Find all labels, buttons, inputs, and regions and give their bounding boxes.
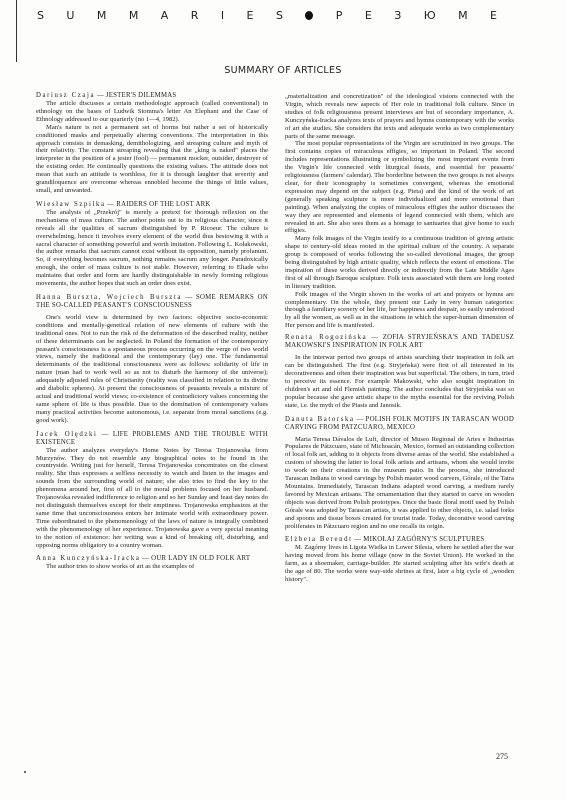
running-head-letter: U xyxy=(66,9,74,22)
article-title: — OUR LADY IN OLD FOLK ART xyxy=(142,555,250,562)
article-title: — MIKOŁAJ ZAGÓRNY'S SCULPTURES xyxy=(354,536,484,543)
running-head-letter: I xyxy=(221,9,224,22)
article-title: — RAIDERS OF THE LOST ARK xyxy=(107,201,210,208)
running-head: S U M M A R I E S P E З Ю M E xyxy=(37,9,497,22)
article-heading: Hanna Burszta, Wojciech Burszta — SOME R… xyxy=(36,294,268,310)
article-oledzki: Jacek Olędzki — LIFE PROBLEMS AND THE TR… xyxy=(36,431,268,550)
article-heading: Anna Kunczyńska-Iracka — OUR LADY IN OLD… xyxy=(36,555,268,563)
article-author: Wiesław Szpilka xyxy=(36,201,106,208)
article-paragraph: The author tries to show works of art as… xyxy=(36,563,268,571)
running-head-letter: E xyxy=(247,9,254,22)
page-title: SUMMARY OF ARTICLES xyxy=(0,65,566,76)
article-heading: Dariusz Czaja — JESTER'S DILEMMAS xyxy=(36,92,268,100)
running-head-letter: E xyxy=(365,9,372,22)
article-author: Jacek Olędzki xyxy=(36,431,97,438)
article-author: Renata Rogozińska xyxy=(285,334,367,341)
scan-speck xyxy=(24,771,26,773)
continued-paragraph: The most popular representations of the … xyxy=(285,140,514,235)
article-author: Dariusz Czaja xyxy=(36,92,95,99)
article-rogozinska: Renata Rogozińska — ZOFIA STRYJEŃSKA'S A… xyxy=(285,334,514,409)
running-head-letter: E xyxy=(490,9,497,22)
article-heading: Jacek Olędzki — LIFE PROBLEMS AND THE TR… xyxy=(36,431,268,447)
article-author: Danuta Batorska xyxy=(285,416,355,423)
continued-paragraph: „materialization and concretization" of … xyxy=(285,93,514,140)
article-author: Anna Kunczyńska-Iracka xyxy=(36,555,140,562)
article-paragraph: The author analyzes everyday's Home Note… xyxy=(36,447,268,550)
article-szpilka: Wiesław Szpilka — RAIDERS OF THE LOST AR… xyxy=(36,201,268,288)
article-paragraph: One's world view is determined by two fa… xyxy=(36,314,268,425)
article-heading: Wiesław Szpilka — RAIDERS OF THE LOST AR… xyxy=(36,201,268,209)
article-heading: Renata Rogozińska — ZOFIA STRYJEŃSKA'S A… xyxy=(285,334,514,350)
article-paragraph: The article discusses a certain methodol… xyxy=(36,100,268,124)
running-head-letter: P xyxy=(336,9,343,22)
article-heading: Danuta Batorska — POLISH FOLK MOTIFS IN … xyxy=(285,416,514,432)
running-head-letter: S xyxy=(276,9,283,22)
running-head-letter: Ю xyxy=(424,9,436,22)
running-head-letter: M xyxy=(458,9,468,22)
article-kunczynska: Anna Kunczyńska-Iracka — OUR LADY IN OLD… xyxy=(36,555,268,571)
bullet-icon xyxy=(305,11,313,20)
article-batorska: Danuta Batorska — POLISH FOLK MOTIFS IN … xyxy=(285,416,514,531)
article-paragraph: Man's nature is not a permanent set of h… xyxy=(36,124,268,195)
right-column: „materialization and concretization" of … xyxy=(285,93,514,586)
running-head-letter: З xyxy=(394,9,401,22)
article-author: Hanna Burszta, Wojciech Burszta xyxy=(36,294,182,301)
article-paragraph: In the interwar period two groups of art… xyxy=(285,354,514,409)
scan-edge-line xyxy=(16,0,17,62)
article-title: — JESTER'S DILEMMAS xyxy=(97,92,177,99)
article-heading: Elżbeta Berendt — MIKOŁAJ ZAGÓRNY'S SCUL… xyxy=(285,536,514,544)
continued-paragraph: Many folk images of the Virgin testify t… xyxy=(285,235,514,290)
running-head-letter: R xyxy=(191,9,199,22)
running-head-letter: S xyxy=(37,9,44,22)
article-paragraph: The analysis of „Przekrój" is merely a p… xyxy=(36,209,268,288)
article-author: Elżbeta Berendt xyxy=(285,536,353,543)
article-burszta: Hanna Burszta, Wojciech Burszta — SOME R… xyxy=(36,294,268,425)
left-column: Dariusz Czaja — JESTER'S DILEMMAS The ar… xyxy=(36,92,268,573)
page-number: 275 xyxy=(496,752,508,761)
article-paragraph: Maria Teresa Dávalos de Luft, director o… xyxy=(285,436,514,531)
running-head-letter: M xyxy=(129,9,139,22)
running-head-letter: A xyxy=(161,9,169,22)
article-paragraph: M. Zagórny lives in Ligota Wielka in Low… xyxy=(285,544,514,584)
continued-paragraph: Folk images of the Virgin shown in the w… xyxy=(285,291,514,331)
article-czaja: Dariusz Czaja — JESTER'S DILEMMAS The ar… xyxy=(36,92,268,195)
running-head-letter: M xyxy=(97,9,107,22)
article-berendt: Elżbeta Berendt — MIKOŁAJ ZAGÓRNY'S SCUL… xyxy=(285,536,514,584)
